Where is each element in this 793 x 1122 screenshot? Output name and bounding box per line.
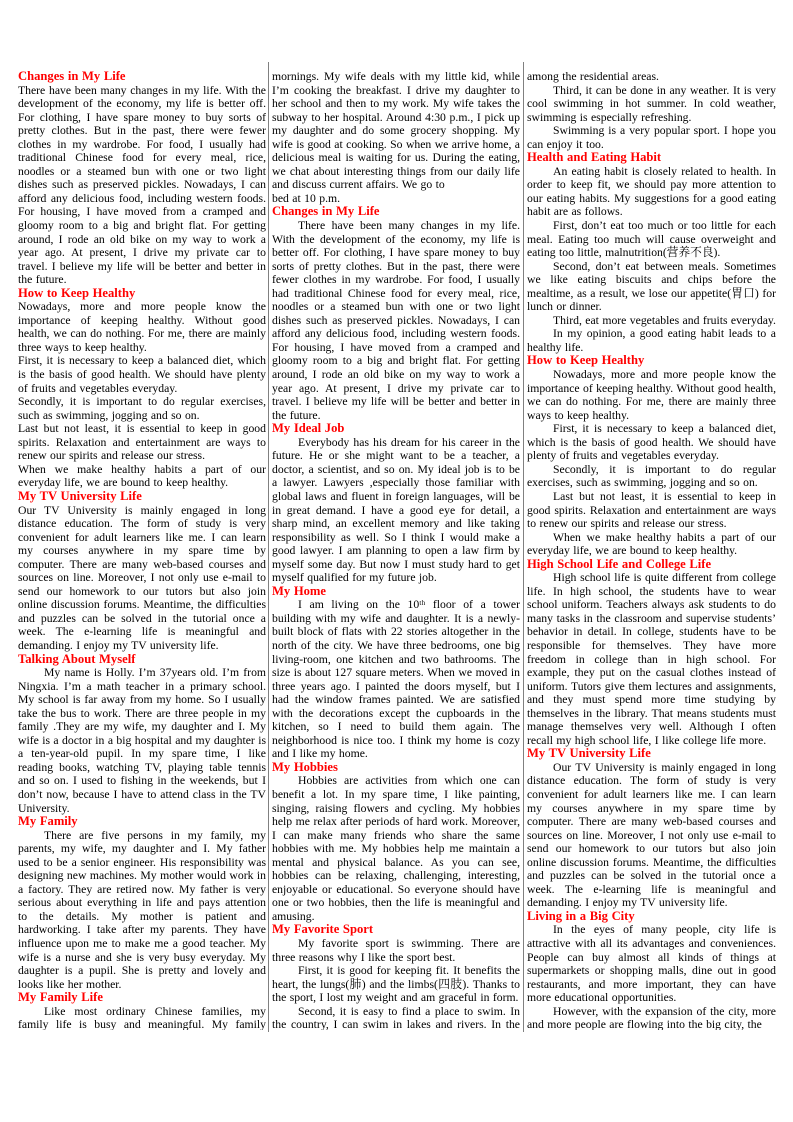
essay-heading: My TV University Life xyxy=(18,490,266,504)
essay-heading: My Family Life xyxy=(18,991,266,1005)
essay-paragraph: Like most ordinary Chinese families, my … xyxy=(18,1005,266,1030)
essay-paragraph: Second, it is easy to find a place to sw… xyxy=(272,1005,520,1030)
essay-paragraph: High school life is quite different from… xyxy=(527,571,776,747)
essay-paragraph: Our TV University is mainly engaged in l… xyxy=(18,504,266,653)
text-column-1: Changes in My LifeThere have been many c… xyxy=(18,70,266,1030)
essay-heading: High School Life and College Life xyxy=(527,558,776,572)
essay-heading: Changes in My Life xyxy=(272,205,520,219)
essay-paragraph: First, it is necessary to keep a balance… xyxy=(527,422,776,463)
document-page: Changes in My LifeThere have been many c… xyxy=(0,0,793,1122)
column-divider-left xyxy=(268,62,269,1032)
essay-heading: How to Keep Healthy xyxy=(527,354,776,368)
essay-heading: Changes in My Life xyxy=(18,70,266,84)
essay-paragraph: However, with the expansion of the city,… xyxy=(527,1005,776,1030)
essay-paragraph: Nowadays, more and more people know the … xyxy=(527,368,776,422)
essay-paragraph: First, it is necessary to keep a balance… xyxy=(18,354,266,395)
essay-paragraph: Last but not least, it is essential to k… xyxy=(18,422,266,463)
essay-paragraph: Everybody has his dream for his career i… xyxy=(272,436,520,585)
essay-paragraph: In my opinion, a good eating habit leads… xyxy=(527,327,776,354)
text-column-3: among the residential areas.Third, it ca… xyxy=(527,70,776,1030)
essay-paragraph: There have been many changes in my life.… xyxy=(272,219,520,422)
essay-heading: My Favorite Sport xyxy=(272,923,520,937)
essay-paragraph: bed at 10 p.m. xyxy=(272,192,520,206)
essay-paragraph: When we make healthy habits a part of ou… xyxy=(527,531,776,558)
essay-paragraph: Second, don’t eat between meals. Sometim… xyxy=(527,260,776,314)
essay-paragraph: Third, it can be done in any weather. It… xyxy=(527,84,776,125)
essay-paragraph: Hobbies are activities from which one ca… xyxy=(272,774,520,923)
essay-heading: Talking About Myself xyxy=(18,653,266,667)
essay-paragraph: among the residential areas. xyxy=(527,70,776,84)
essay-paragraph: mornings. My wife deals with my little k… xyxy=(272,70,520,192)
essay-heading: Living in a Big City xyxy=(527,910,776,924)
essay-paragraph: First, don’t eat too much or too little … xyxy=(527,219,776,260)
essay-paragraph: My favorite sport is swimming. There are… xyxy=(272,937,520,964)
essay-paragraph: My name is Holly. I’m 37years old. I’m f… xyxy=(18,666,266,815)
column-divider-right xyxy=(523,62,524,1032)
essay-heading: My Hobbies xyxy=(272,761,520,775)
essay-paragraph: There have been many changes in my life.… xyxy=(18,84,266,287)
essay-paragraph: Secondly, it is important to do regular … xyxy=(527,463,776,490)
essay-paragraph: There are five persons in my family, my … xyxy=(18,829,266,992)
essay-heading: My TV University Life xyxy=(527,747,776,761)
essay-paragraph: I am living on the 10ᵗʰ floor of a tower… xyxy=(272,598,520,761)
essay-heading: My Ideal Job xyxy=(272,422,520,436)
essay-heading: Health and Eating Habit xyxy=(527,151,776,165)
essay-paragraph: Our TV University is mainly engaged in l… xyxy=(527,761,776,910)
text-column-2: mornings. My wife deals with my little k… xyxy=(272,70,520,1030)
essay-heading: How to Keep Healthy xyxy=(18,287,266,301)
essay-heading: My Family xyxy=(18,815,266,829)
essay-paragraph: An eating habit is closely related to he… xyxy=(527,165,776,219)
essay-paragraph: When we make healthy habits a part of ou… xyxy=(18,463,266,490)
essay-paragraph: Nowadays, more and more people know the … xyxy=(18,300,266,354)
essay-paragraph: Secondly, it is important to do regular … xyxy=(18,395,266,422)
essay-heading: My Home xyxy=(272,585,520,599)
essay-paragraph: Swimming is a very popular sport. I hope… xyxy=(527,124,776,151)
essay-paragraph: Last but not least, it is essential to k… xyxy=(527,490,776,531)
essay-paragraph: In the eyes of many people, city life is… xyxy=(527,923,776,1004)
essay-paragraph: First, it is good for keeping fit. It be… xyxy=(272,964,520,1005)
essay-paragraph: Third, eat more vegetables and fruits ev… xyxy=(527,314,776,328)
